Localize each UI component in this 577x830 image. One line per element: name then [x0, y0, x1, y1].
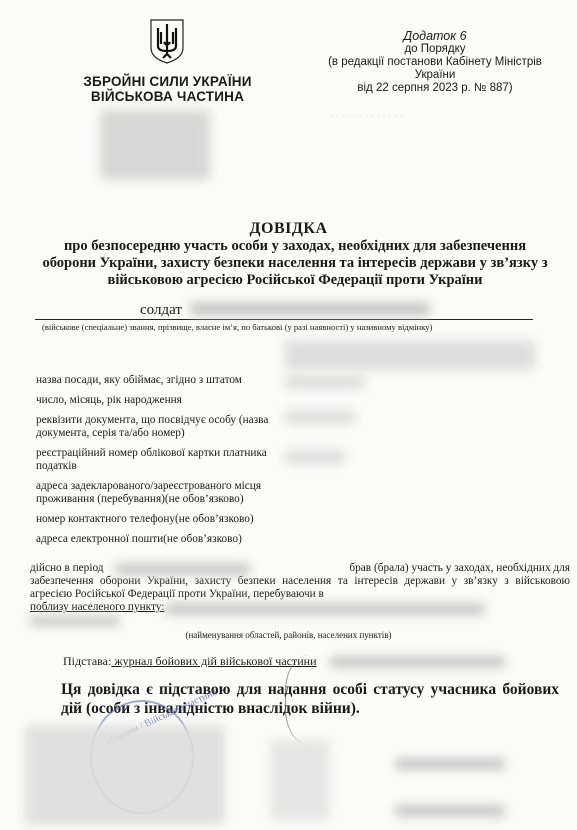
org-line-armed-forces: ЗБРОЙНІ СИЛИ УКРАЇНИ — [60, 74, 275, 89]
redacted-period — [115, 563, 250, 575]
annex-title: Додаток 6 — [310, 30, 560, 43]
participation-continuation: забезпечення оборони України, захисту бе… — [30, 575, 570, 601]
annex-line: до Порядку — [310, 43, 560, 56]
annex-reference: Додаток 6 до Порядку (в редакції постано… — [310, 30, 560, 95]
redacted-position-value — [285, 340, 535, 370]
field-label-position: назва посади, яку обіймає, згідно з штат… — [36, 374, 281, 387]
annex-line: (в редакції постанови Кабінету Міністрів — [310, 56, 560, 69]
field-label-email: адреса електронної пошти(не обов’язково) — [36, 533, 281, 546]
field-label-id-document: реквізити документа, що посвідчує особу … — [36, 414, 281, 440]
document-title: ДОВІДКА — [0, 220, 577, 238]
personal-fields: назва посади, яку обіймає, згідно з штат… — [36, 374, 281, 553]
redacted-signatory-name-1 — [395, 758, 505, 770]
rank-value: солдат — [140, 302, 182, 319]
basis-label: Підстава: — [63, 654, 111, 668]
org-line-military-unit: ВІЙСЬКОВА ЧАСТИНА — [60, 89, 275, 104]
redacted-birthdate-value — [285, 375, 365, 389]
redacted-unit-number — [330, 656, 505, 668]
field-label-address: адреса задекларованого/зареєстрованого м… — [36, 480, 281, 506]
field-label-phone: номер контактного телефону(не обов’язков… — [36, 513, 281, 526]
name-underline — [35, 319, 533, 320]
annex-line: України — [310, 69, 560, 82]
redacted-signature-area — [270, 740, 330, 820]
field-label-birthdate: число, місяць, рік народження — [36, 394, 281, 407]
basis-value: журнал бойових дій військової частини — [111, 654, 316, 668]
tryzub-emblem-icon — [149, 18, 185, 64]
rank-caption: (військове (спеціальне) звання, прізвище… — [42, 322, 432, 332]
redacted-tax-number-value — [285, 450, 345, 464]
redacted-place-line2 — [30, 616, 120, 626]
period-prefix: дійсно в період — [30, 562, 104, 575]
redacted-unit-info — [100, 110, 210, 180]
basis-line: Підстава: журнал бойових дій військової … — [63, 654, 317, 669]
document-subtitle: про безпосередню участь особи у заходах,… — [40, 238, 550, 289]
participation-text: брав (брала) участь у заходах, необхідни… — [349, 562, 570, 575]
redacted-place-line1 — [165, 603, 485, 615]
organization-name: ЗБРОЙНІ СИЛИ УКРАЇНИ ВІЙСЬКОВА ЧАСТИНА — [60, 74, 275, 104]
signature — [285, 655, 346, 745]
field-label-tax-number: реєстраційний номер облікової картки пла… — [36, 447, 281, 473]
redacted-full-name — [190, 302, 430, 316]
bleed-through-text: · · · · · · · · · · · · · — [330, 112, 403, 123]
redacted-document-value — [285, 410, 355, 424]
places-caption: (найменування областей, районів, населен… — [0, 630, 577, 640]
annex-line: від 22 серпня 2023 р. № 887) — [310, 82, 560, 95]
redacted-signatory-name-2 — [395, 805, 505, 817]
redacted-signatory-block — [25, 725, 225, 825]
